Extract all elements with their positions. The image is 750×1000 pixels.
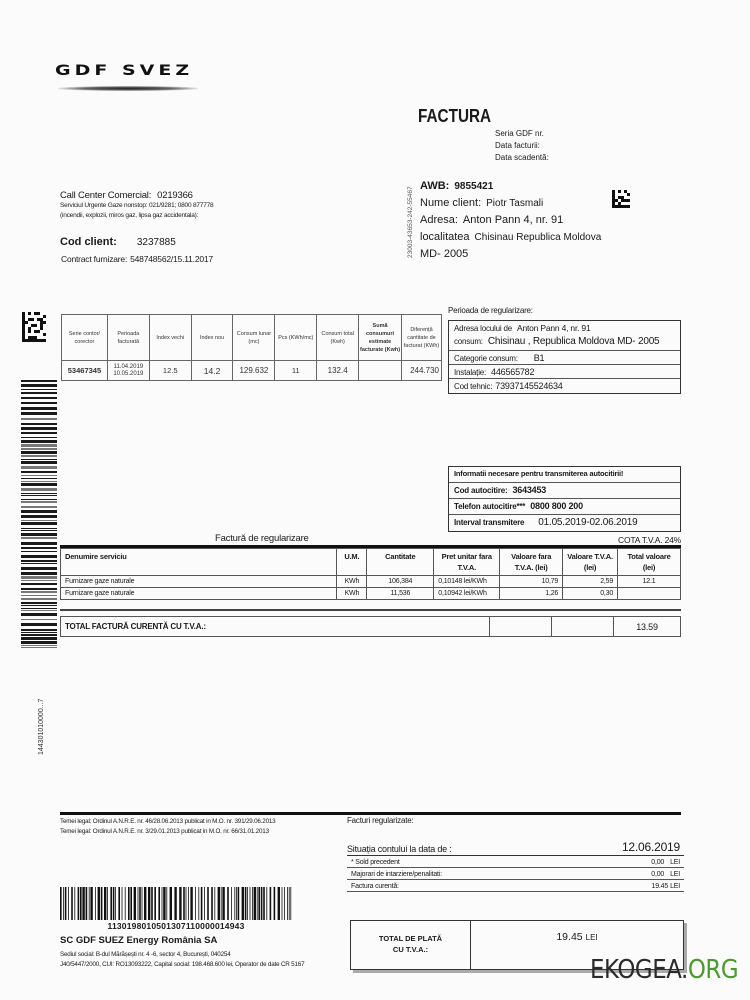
self-reading-code-label: Cod autocitire: xyxy=(454,486,507,495)
vat-rate: COTA T.V.A. 24% xyxy=(618,535,681,545)
datamatrix-code-icon xyxy=(612,190,630,208)
datamatrix-code-left-icon xyxy=(22,312,46,342)
client-code-label: Cod client: xyxy=(60,236,117,248)
company-address: Sediul social: B-dul Mărășești nr. 4 -6,… xyxy=(60,950,304,970)
emergency-note: (incendii, explozii, miros gaz, lipsa ga… xyxy=(60,211,213,221)
service-total: 12.1 xyxy=(618,576,681,588)
client-block: AWB:9855421 Nume client:Piotr Tasmali Ad… xyxy=(420,178,601,263)
balance-row: * Sold precedent0,00LEI xyxy=(347,856,684,868)
current-total-value: 13.59 xyxy=(614,617,681,637)
awb-label: AWB: xyxy=(420,180,449,192)
place-address-label: Adresa locului de xyxy=(454,324,512,333)
service-value: 10,79 xyxy=(500,576,563,588)
table-row: 53467345 11.04.201910.05.2019 12.5 14.2 … xyxy=(62,361,442,381)
divider xyxy=(60,609,681,611)
call-center-number: 0219366 xyxy=(157,190,193,201)
regularization-invoice-title: Factură de regularizare xyxy=(215,533,309,544)
self-reading-title: Informatii necesare pentru transmiterea … xyxy=(449,467,680,483)
account-status-date: 12.06.2019 xyxy=(622,840,680,854)
registered-office: Sediul social: B-dul Mărășești nr. 4 -6,… xyxy=(60,950,304,960)
meter-readings-table: Serie contor/ corector Perioada facturat… xyxy=(61,314,442,381)
col-service-name: Denumire serviciu xyxy=(61,549,337,576)
col-pcs: Pcs (KWh/mc) xyxy=(275,315,317,361)
self-reading-box: Informatii necesare pentru transmiterea … xyxy=(448,466,681,532)
account-status: Situația contului la data de :12.06.2019… xyxy=(347,842,684,892)
tech-code-value: 73937145524634 xyxy=(495,381,562,391)
balance-value: 0,00 xyxy=(651,859,664,866)
logo-swoosh-decoration xyxy=(58,86,198,91)
client-name-value: Piotr Tasmali xyxy=(486,198,543,209)
balance-value: 19.45 xyxy=(652,883,669,890)
account-status-label: Situația contului la data de : xyxy=(347,844,452,854)
place-address-value: Anton Pann 4, nr. 91 xyxy=(517,323,591,333)
new-index: 14.2 xyxy=(191,361,233,381)
call-center-info: Call Center Comercial:0219366 Serviciul … xyxy=(60,190,213,221)
client-name-label: Nume client: xyxy=(420,197,481,209)
table-row: Furnizare gaze naturale KWh 106,384 0,10… xyxy=(61,576,681,588)
interval-value: 01.05.2019-02.06.2019 xyxy=(538,517,637,528)
total-to-pay-label: TOTAL DE PLATĂ xyxy=(351,933,470,944)
old-index: 12.5 xyxy=(149,361,191,381)
services-table: Denumire serviciu U.M. Cantitate Pret un… xyxy=(60,548,681,600)
installation-value: 446565782 xyxy=(491,367,534,377)
service-vat: 2,59 xyxy=(563,576,618,588)
locality-label: localitatea xyxy=(420,231,470,243)
empty-cell xyxy=(490,617,552,637)
side-tracking-code: 23003-43653-242-55467 xyxy=(407,186,414,258)
balance-label: Factura curentă: xyxy=(351,883,399,890)
balance-value: 0,00 xyxy=(651,871,664,878)
interval-label: Interval transmitere xyxy=(454,518,524,527)
self-reading-phone-label: Telefon autocitire*** xyxy=(454,502,525,511)
col-index-nou: Index nou xyxy=(191,315,233,361)
watermark-part2: ORG xyxy=(688,955,738,985)
col-quantity: Cantitate xyxy=(367,549,434,576)
service-total xyxy=(618,588,681,600)
services-table-header: Denumire serviciu U.M. Cantitate Pret un… xyxy=(61,549,681,576)
pcs-value: 11 xyxy=(275,361,317,381)
meter-serial: 53467345 xyxy=(62,361,108,381)
barcode-number: 1130198010501307110000014943 xyxy=(60,921,292,931)
installation-label: Instalație: xyxy=(454,368,486,377)
invoice-total-table: TOTAL FACTURĂ CURENTĂ CU T.V.A.: 13.59 xyxy=(60,616,681,637)
service-name: Furnizare gaze naturale xyxy=(61,576,337,588)
table-row: TOTAL FACTURĂ CURENTĂ CU T.V.A.: 13.59 xyxy=(61,617,681,637)
address-value: Anton Pann 4, nr. 91 xyxy=(463,214,563,226)
awb-value: 9855421 xyxy=(454,181,493,192)
billed-period: 11.04.201910.05.2019 xyxy=(107,361,149,381)
col-consum-total: Consum total (Kwh) xyxy=(317,315,359,361)
col-perioada: Perioada facturată xyxy=(107,315,149,361)
col-unit-price: Pret unitar fara T.V.A. xyxy=(434,549,500,576)
call-center-label: Call Center Comercial: xyxy=(60,190,151,201)
locality-value: Chisinau Republica Moldova xyxy=(475,232,602,243)
watermark-part1: EKOGEA. xyxy=(590,955,688,985)
tech-code-label: Cod tehnic: xyxy=(454,382,492,391)
service-um: KWh xyxy=(337,576,367,588)
service-um: KWh xyxy=(337,588,367,600)
col-consum-lunar: Consum lunar (mc) xyxy=(233,315,275,361)
legal-basis: Temei legal: Ordinul A.N.R.E. nr. 46/28.… xyxy=(60,817,275,837)
balance-unit: LEI xyxy=(670,859,680,866)
period-start: 11.04.2019 xyxy=(108,364,149,371)
gdf-suez-logo: GDF SVEZ xyxy=(55,62,193,79)
invoice-meta: Seria GDF nr. Data facturii: Data scaden… xyxy=(495,128,549,164)
total-to-pay-value: 19.45 xyxy=(556,931,582,943)
service-vat: 0,30 xyxy=(563,588,618,600)
total-consumption: 132.4 xyxy=(317,361,359,381)
postal-code: MD- 2005 xyxy=(420,248,468,260)
side-barcode xyxy=(21,380,57,650)
regularization-period-label: Perioada de regularizare: xyxy=(448,306,533,315)
category-value: B1 xyxy=(534,353,545,363)
ekogea-watermark: EKOGEA.ORG xyxy=(590,955,738,985)
meter-table-header: Serie contor/ corector Perioada facturat… xyxy=(62,315,442,361)
client-code: Cod client:3237885 xyxy=(60,236,176,248)
contract-label: Contract furnizare: xyxy=(61,254,127,264)
table-row: Furnizare gaze naturale KWh 11,536 0,109… xyxy=(61,588,681,600)
total-to-pay-unit: LEI xyxy=(586,933,598,942)
monthly-consumption: 129.632 xyxy=(233,361,275,381)
footer-divider xyxy=(60,812,681,815)
consumption-place-box: Adresa locului deAnton Pann 4, nr. 91 co… xyxy=(448,320,681,394)
col-serie: Serie contor/ corector xyxy=(62,315,108,361)
side-barcode-number: 144301010000...7 xyxy=(38,699,45,755)
company-registry: J40/5447/2000, CUI: RO13093222, Capital … xyxy=(60,960,304,970)
service-quantity: 11,536 xyxy=(367,588,434,600)
balance-label: * Sold precedent xyxy=(351,859,400,866)
service-value: 1,26 xyxy=(500,588,563,600)
col-diferenta: Diferență cantitate de facturat (KWh) xyxy=(401,315,441,361)
balance-unit: LEI xyxy=(670,883,680,890)
difference-to-bill: 244.730 xyxy=(401,361,441,381)
invoice-date: Data facturii: xyxy=(495,140,549,152)
company-name: SC GDF SUEZ Energy România SA xyxy=(60,935,217,946)
period-end: 10.05.2019 xyxy=(108,371,149,378)
estimated-sum xyxy=(359,361,402,381)
emergency-line: Serviciul Urgente Gaze nonstop: 021/9281… xyxy=(60,201,213,211)
supply-contract: Contract furnizare:548748562/15.11.2017 xyxy=(61,254,213,264)
empty-cell xyxy=(552,617,614,637)
col-total-value: Total valoare (lei) xyxy=(618,549,681,576)
regularized-invoices-label: Facturi regularizate: xyxy=(347,816,414,825)
balance-row: Factura curentă:19.45LEI xyxy=(347,880,684,892)
service-quantity: 106,384 xyxy=(367,576,434,588)
service-unit-price: 0,10148 lei/KWh xyxy=(434,576,500,588)
category-label: Categorie consum: xyxy=(454,354,518,363)
invoice-due-date: Data scadentă: xyxy=(495,152,549,164)
place-consum-label: consum: xyxy=(454,337,483,346)
service-unit-price: 0,10942 lei/KWh xyxy=(434,588,500,600)
contract-value: 548748562/15.11.2017 xyxy=(130,254,213,264)
col-vat-value: Valoare T.V.A. (lei) xyxy=(563,549,618,576)
legal-line: Temei legal: Ordinul A.N.R.E. nr. 3/29.0… xyxy=(60,827,275,837)
col-index-vechi: Index vechi xyxy=(149,315,191,361)
self-reading-code-value: 3643453 xyxy=(512,485,546,495)
address-label: Adresa: xyxy=(420,214,458,226)
balance-row: Majorari de intarziere/penalitati:0,00LE… xyxy=(347,868,684,880)
payment-barcode xyxy=(60,887,292,920)
col-value-no-vat: Valoare fara T.V.A. (lei) xyxy=(500,549,563,576)
invoice-title: FACTURA xyxy=(418,106,491,127)
total-to-pay-label-2: CU T.V.A.: xyxy=(351,944,470,955)
legal-line: Temei legal: Ordinul A.N.R.E. nr. 46/28.… xyxy=(60,817,275,827)
balance-unit: LEI xyxy=(670,871,680,878)
col-suma-estimate: Sumă consumuri estimate facturate (Kwh) xyxy=(359,315,402,361)
client-code-value: 3237885 xyxy=(137,237,176,248)
col-um: U.M. xyxy=(337,549,367,576)
self-reading-phone-value: 0800 800 200 xyxy=(530,501,583,511)
invoice-series: Seria GDF nr. xyxy=(495,128,549,140)
balance-label: Majorari de intarziere/penalitati: xyxy=(351,871,442,878)
service-name: Furnizare gaze naturale xyxy=(61,588,337,600)
place-consum-value: Chisinau , Republica Moldova MD- 2005 xyxy=(488,336,660,347)
current-total-label: TOTAL FACTURĂ CURENTĂ CU T.V.A.: xyxy=(61,617,490,637)
